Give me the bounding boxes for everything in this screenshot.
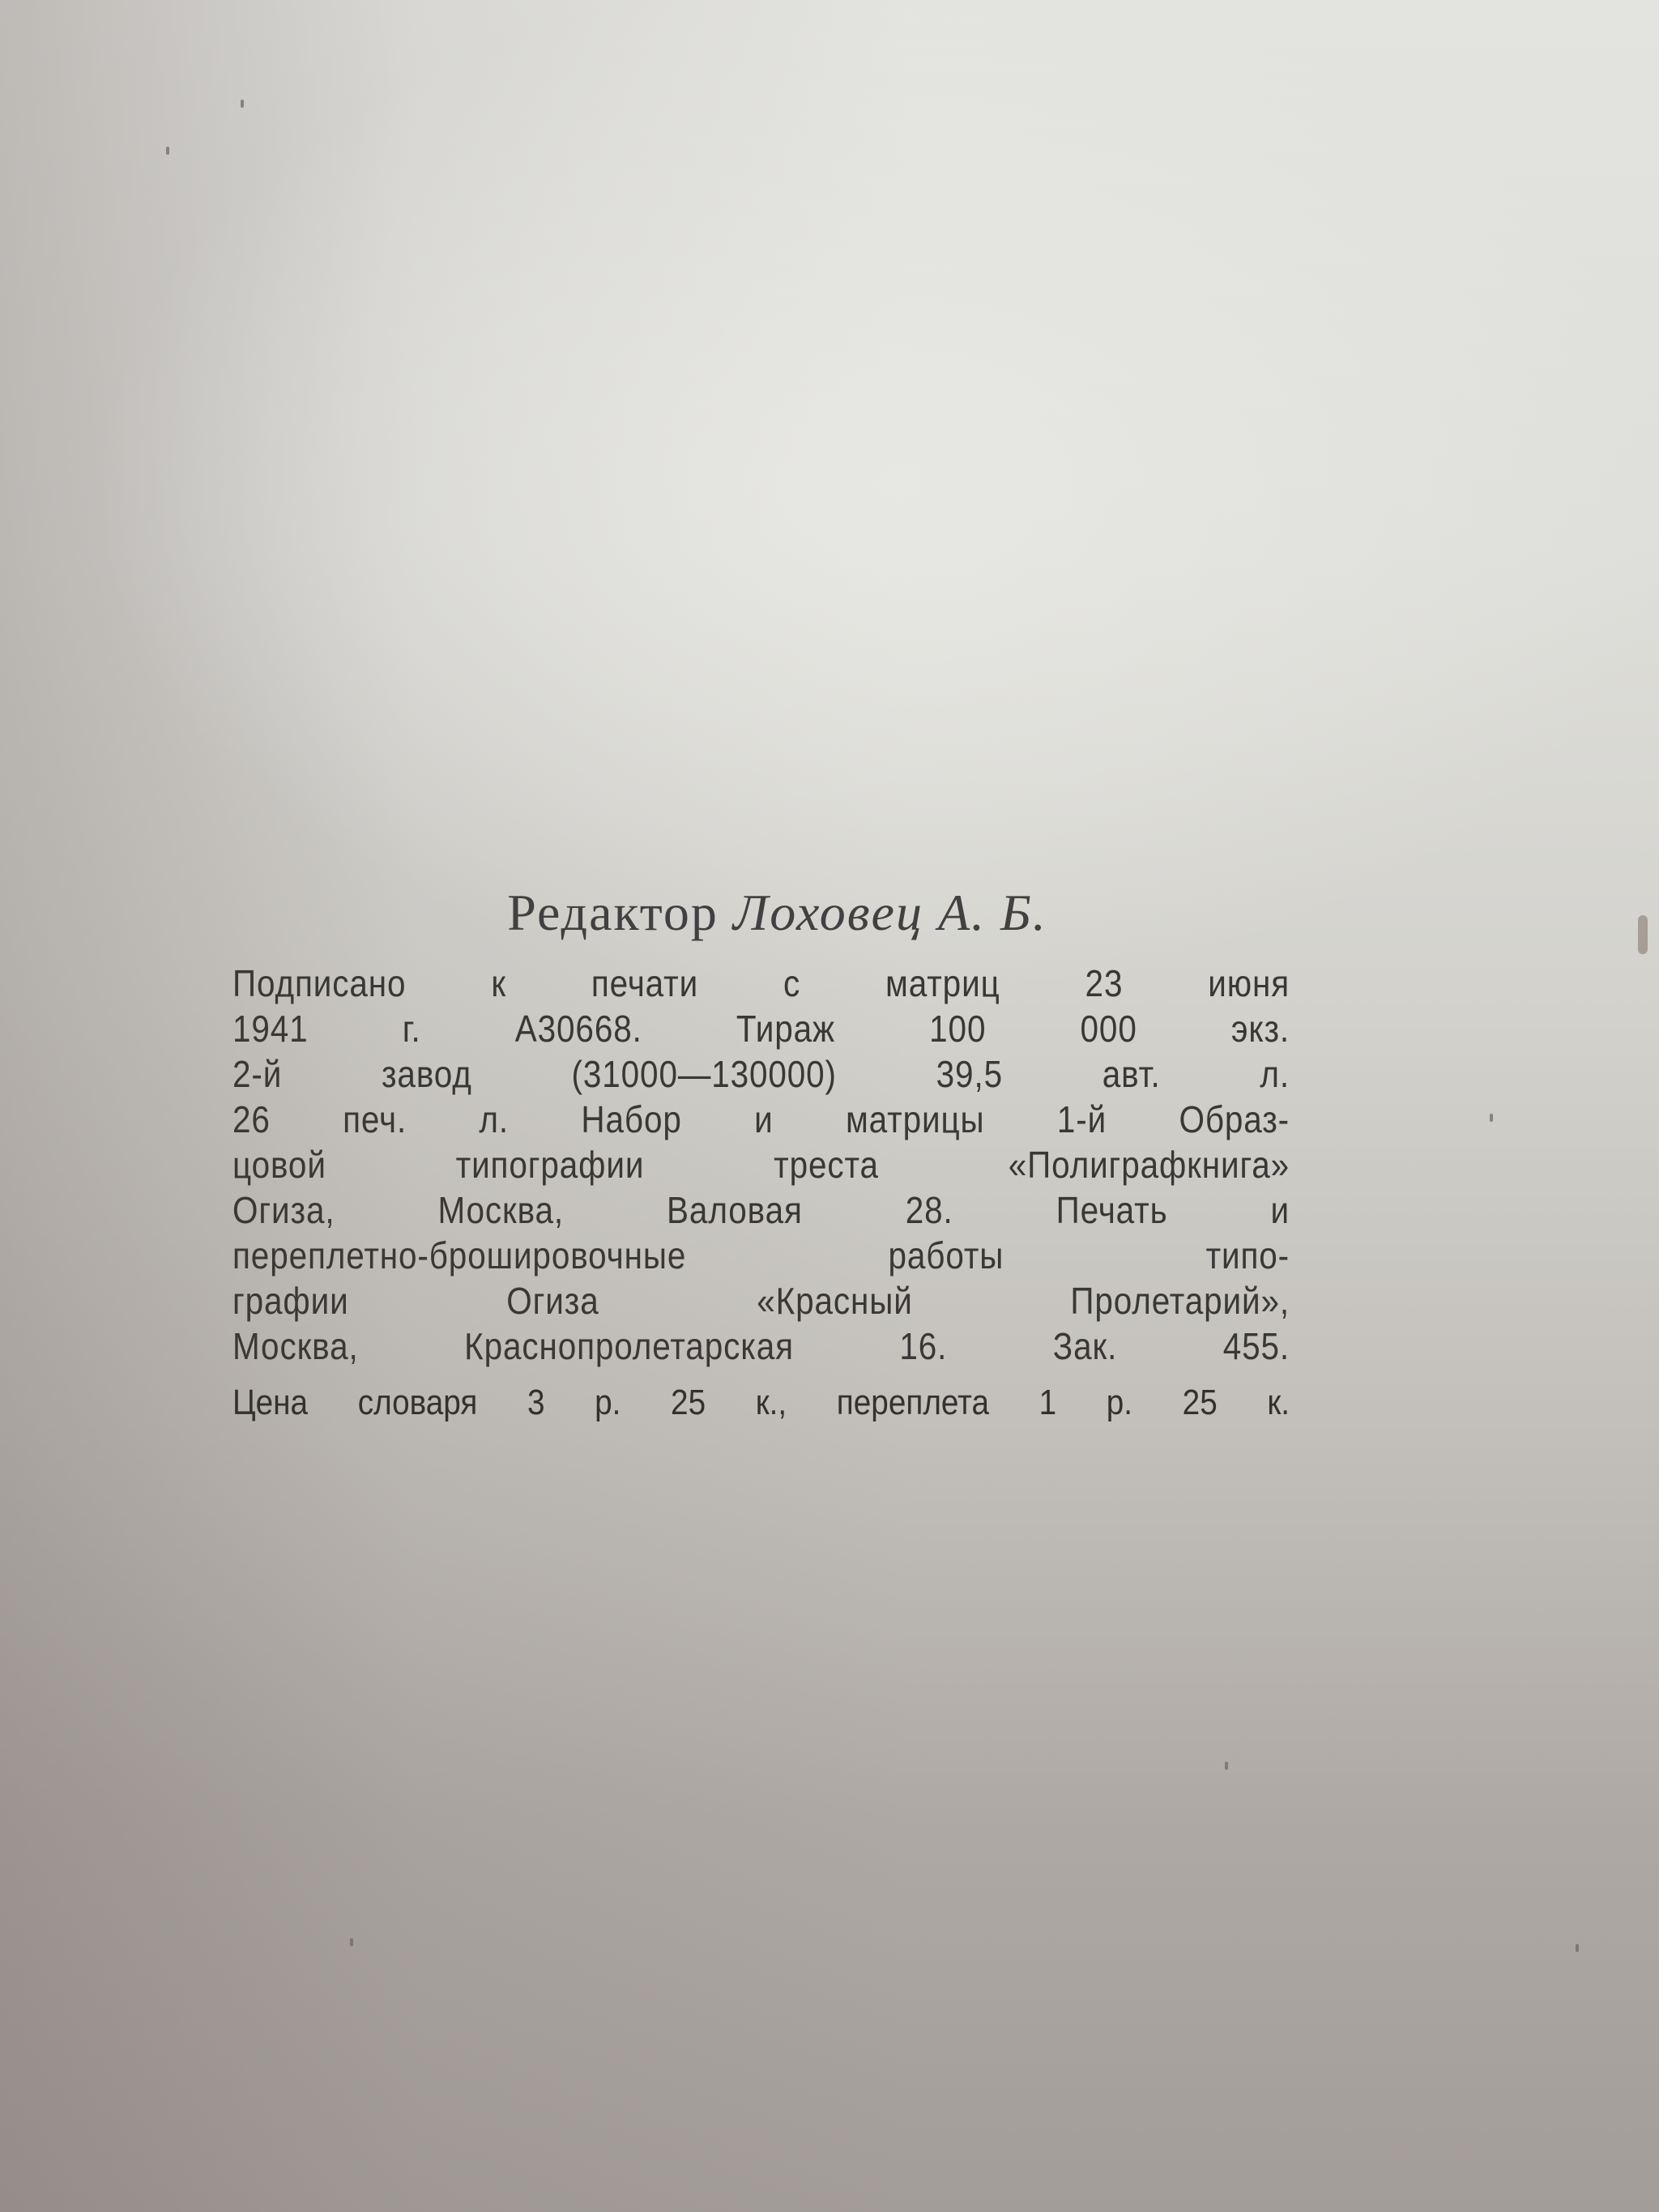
paper-speck (1490, 1114, 1493, 1122)
imprint-line: 26 печ. л. Набор и матрицы 1-й Образ- (232, 1097, 1290, 1142)
imprint-line: переплетно-брошировочные работы типо- (232, 1233, 1290, 1278)
imprint-line: Огиза, Москва, Валовая 28. Печать и (232, 1187, 1290, 1233)
editor-line: Редактор Лоховец А. Б. (265, 883, 1290, 943)
editor-name: Лоховец А. Б. (733, 884, 1047, 941)
price-line: Цена словаря 3 р. 25 к., переплета 1 р. … (232, 1380, 1290, 1426)
colophon-block: Редактор Лоховец А. Б. Подписано к печат… (232, 883, 1290, 1426)
editor-label: Редактор (507, 884, 719, 941)
imprint-line: Москва, Краснопролетарская 16. Зак. 455. (232, 1323, 1290, 1369)
paper-speck (166, 147, 169, 155)
imprint-line: 1941 г. А30668. Тираж 100 000 экз. (232, 1006, 1290, 1051)
paper-speck (1576, 1944, 1579, 1952)
imprint-line: графии Огиза «Красный Пролетарий», (232, 1278, 1290, 1323)
imprint-line: 2-й завод (31000—130000) 39,5 авт. л. (232, 1051, 1290, 1097)
imprint-line: Подписано к печати с матриц 23 июня (232, 961, 1290, 1006)
paper-edge-mark (1638, 915, 1648, 954)
imprint-line: цовой типографии треста «Полиграфкнига» (232, 1142, 1290, 1187)
imprint-text: Подписано к печати с матриц 23 июня 1941… (232, 961, 1290, 1369)
paper-speck (350, 1938, 353, 1946)
paper-speck (241, 100, 244, 108)
paper-speck (1225, 1762, 1228, 1770)
